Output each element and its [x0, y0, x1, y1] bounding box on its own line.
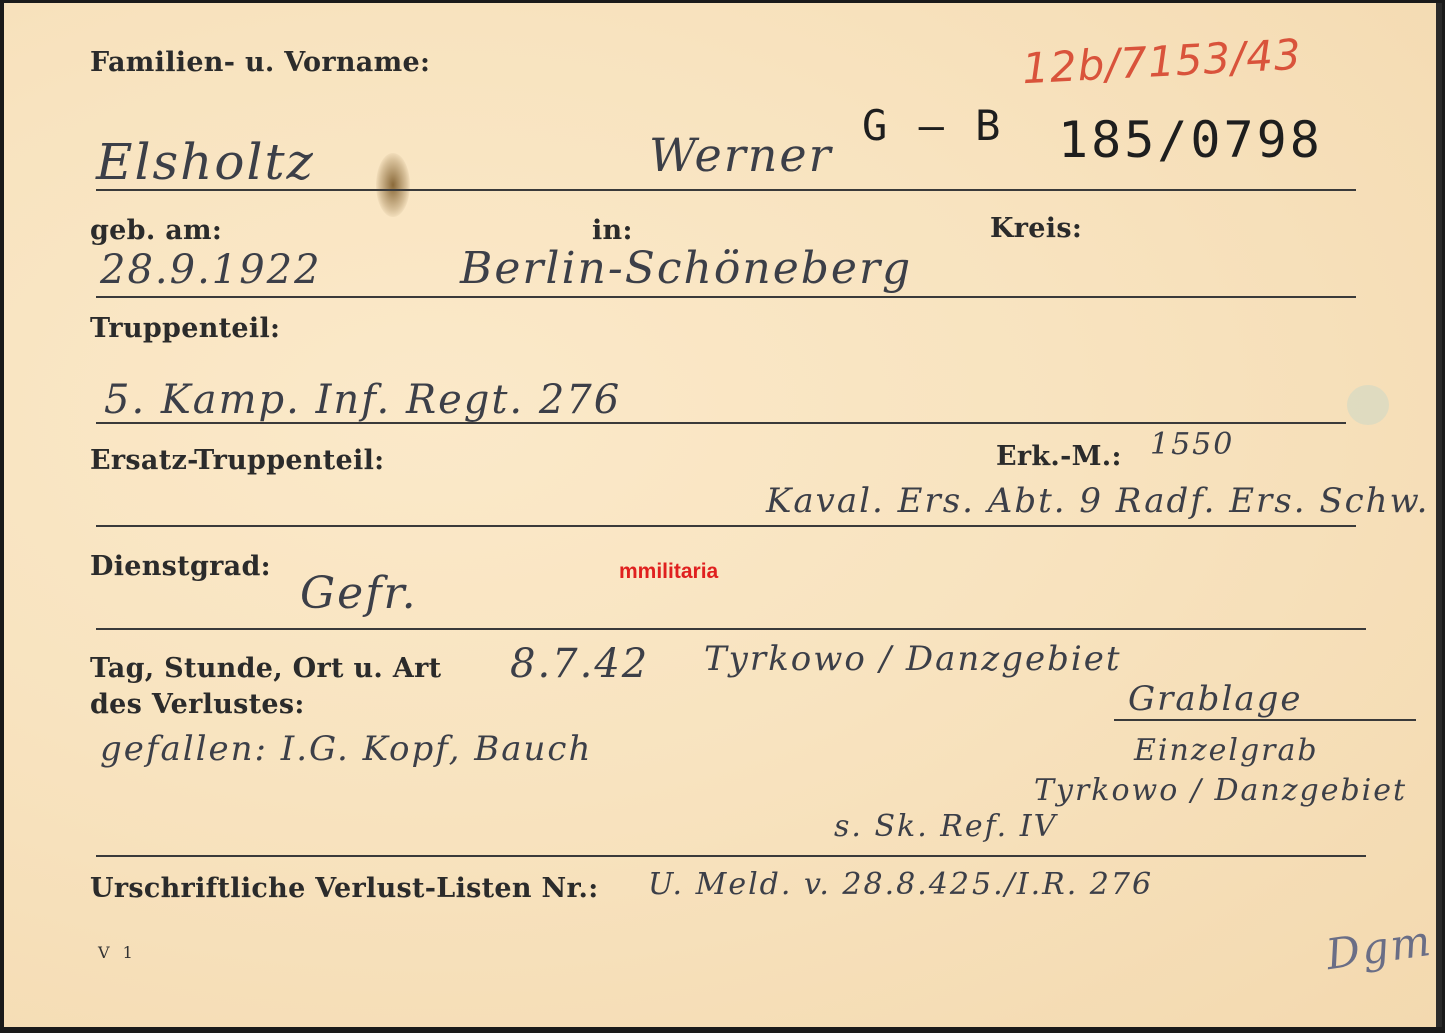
divider — [96, 855, 1366, 857]
red-reference-number: 12b/7153/43 — [1021, 30, 1303, 94]
divider — [96, 628, 1366, 630]
loss-label-line1: Tag, Stunde, Ort u. Art — [90, 653, 441, 684]
unit-value: 5. Kamp. Inf. Regt. 276 — [104, 377, 621, 423]
loss-label-line2: des Verlustes: — [90, 689, 305, 720]
district-label: Kreis: — [990, 213, 1082, 244]
rust-stain — [376, 153, 410, 217]
first-name-value: Werner — [649, 128, 833, 182]
loss-place-value: Tyrkowo / Danzgebiet — [704, 639, 1122, 679]
replacement-unit-label: Ersatz-Truppenteil: — [90, 445, 384, 476]
rank-label: Dienstgrad: — [90, 551, 271, 582]
form-code: V 1 — [98, 943, 137, 962]
initials-signature: Dgm — [1323, 916, 1435, 979]
divider — [96, 296, 1356, 298]
surname-value: Elsholtz — [96, 133, 315, 191]
grave-heading: Grablage — [1128, 679, 1302, 719]
water-stain — [1347, 385, 1389, 425]
watermark-text: mmilitaria — [619, 560, 718, 584]
stamp-prefix: G – B — [862, 101, 1003, 150]
rank-value: Gefr. — [300, 568, 418, 619]
unit-label: Truppenteil: — [90, 313, 280, 344]
divider — [96, 525, 1356, 527]
divider — [96, 189, 1356, 191]
birth-date-value: 28.9.1922 — [100, 247, 322, 293]
loss-list-label: Urschriftliche Verlust-Listen Nr.: — [90, 873, 599, 904]
loss-reference-value: s. Sk. Ref. IV — [834, 809, 1057, 844]
birth-place-value: Berlin-Schöneberg — [460, 243, 912, 294]
grave-underline — [1114, 719, 1416, 721]
loss-list-value: U. Meld. v. 28.8.42 — [648, 867, 971, 902]
grave-type-value: Einzelgrab — [1134, 733, 1319, 768]
replacement-unit-value: Kaval. Ers. Abt. 9 Radf. Ers. Schw. — [766, 481, 1429, 521]
stamp-number: 185/0798 — [1058, 111, 1323, 169]
birth-date-label: geb. am: — [90, 215, 222, 246]
birth-place-label: in: — [592, 215, 633, 246]
loss-cause-value: gefallen: I.G. Kopf, Bauch — [100, 729, 592, 769]
index-card: Familien- u. Vorname: 12b/7153/43 Elshol… — [4, 3, 1442, 1027]
loss-date-value: 8.7.42 — [510, 641, 649, 687]
loss-list-unit-ref: 5./I.R. 276 — [972, 867, 1153, 902]
erk-value: 1550 — [1150, 427, 1234, 462]
grave-place-value: Tyrkowo / Danzgebiet — [1034, 773, 1407, 808]
erk-label: Erk.-M.: — [996, 441, 1122, 472]
name-label: Familien- u. Vorname: — [90, 47, 430, 78]
divider — [96, 422, 1346, 424]
